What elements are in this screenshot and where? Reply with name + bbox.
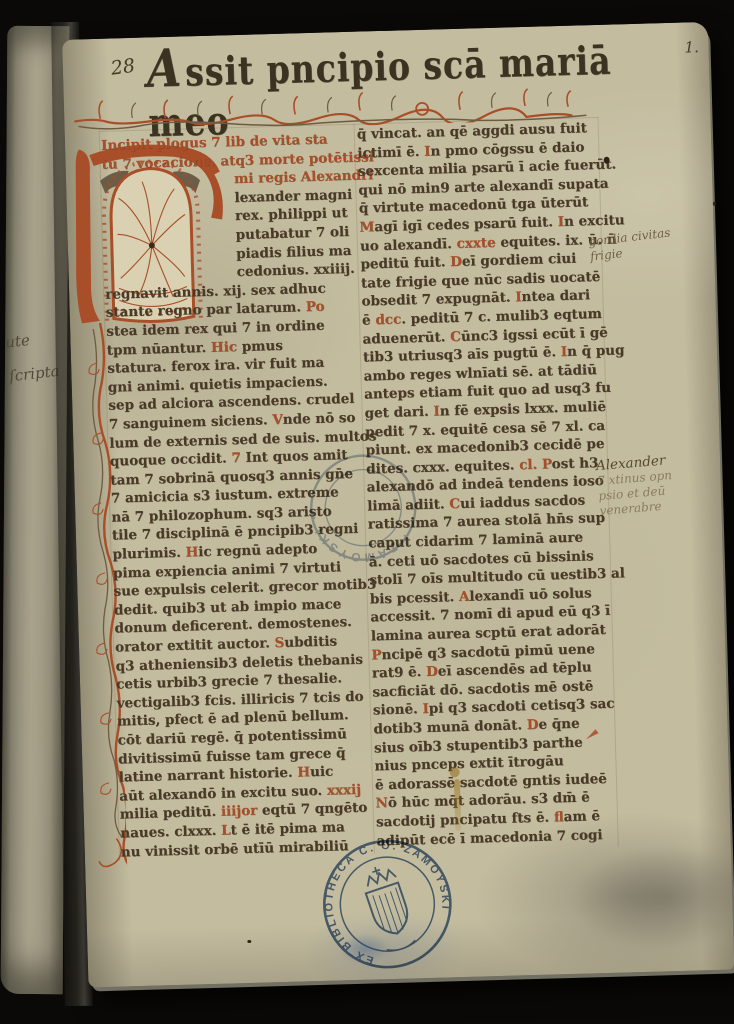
svg-text:EX BIBLIOTHECA C. O. ZAMOYSKI: EX BIBLIOTHECA C. O. ZAMOYSKI	[306, 823, 465, 976]
ink-text: ubditis	[284, 633, 337, 650]
ink-text: rex. philippi ut	[235, 205, 348, 224]
ink-text: ost h3	[551, 455, 598, 472]
rubricated-text: C	[449, 496, 460, 512]
ink-text: ē	[362, 312, 376, 328]
rubricated-text: iiijor	[221, 803, 258, 820]
ink-text: ui iaddus sacdos	[460, 492, 586, 511]
rubricated-text: mi regis Alexandri	[234, 167, 374, 187]
manuscript-text-line: cedonius. xxiiij.	[236, 260, 356, 282]
ink-speck	[713, 202, 716, 206]
ink-text: pmus	[237, 337, 283, 354]
ink-text: cedonius. xxiiij.	[236, 261, 354, 280]
ink-text: uo alexandī.	[360, 236, 457, 255]
rubricated-text: C	[450, 328, 461, 344]
ink-text: tpm nūantur.	[107, 339, 212, 358]
rubricated-text: xxxij	[327, 782, 362, 799]
ink-text: sionē.	[373, 701, 423, 718]
margin-note-alexander: Alexander7 xtinus opnpsio et deūvenerabr…	[595, 453, 675, 519]
folio-number-top-right: 1.	[684, 38, 699, 56]
rubricated-text: cxxte	[456, 234, 496, 251]
ink-text: lexander magni	[234, 187, 352, 206]
ink-text: n excitu	[564, 212, 625, 230]
stamp-text: EX BIBLIOTHECA C. O. ZAMOYSKI	[306, 823, 465, 976]
ink-text: ictimī ē.	[357, 143, 424, 161]
rubricated-text: P	[371, 647, 382, 663]
rubricated-text: D	[450, 254, 462, 270]
ink-text: aduenerūt.	[362, 329, 450, 347]
ink-text: n q̄ pug	[567, 342, 625, 360]
rubricated-text: H	[185, 544, 198, 560]
ink-text: t ē itē pima ma	[230, 819, 345, 838]
ink-text: frigie	[589, 246, 623, 264]
ink-text: putabatur 7 oli	[235, 224, 349, 243]
ink-text: ntea dari	[521, 288, 590, 306]
ink-text: ūnc3 igssi ecūt ī gē	[461, 324, 608, 344]
ink-text: 7 sanguinem siciens.	[109, 412, 273, 433]
rubricated-text: D	[426, 664, 438, 680]
rubricated-text: dcc	[375, 311, 401, 328]
margin-red-mark-icon	[585, 728, 601, 742]
rubricated-text: Po	[305, 299, 324, 316]
ink-text: peditū fuit.	[360, 254, 450, 272]
ink-text: rat9 ē.	[372, 664, 427, 682]
rubricated-text: V	[272, 412, 283, 428]
ink-text: naues. clxxx.	[120, 823, 221, 842]
ink-text: obsedit 7 expugnāt.	[361, 290, 515, 310]
rubricated-text: N	[375, 795, 388, 811]
ink-text: milia peditū.	[120, 804, 222, 823]
rubricated-text: 7	[231, 450, 241, 466]
smudge-stain	[571, 843, 734, 952]
ink-text: quoque occidit.	[110, 450, 232, 469]
ink-speck	[247, 940, 251, 943]
ink-text: eqtū 7 qngēto	[257, 800, 368, 819]
ink-text: ſcripta	[8, 362, 60, 386]
ink-text: lexandī uō solus	[469, 585, 592, 604]
ink-text: pi q3 sacdoti cetisq3 sac	[429, 696, 615, 717]
ink-text: e q̄ne	[538, 716, 580, 733]
ink-text: eī ascendēs ad tēplu	[438, 660, 592, 680]
ink-text: bis pcessit.	[370, 589, 460, 607]
ink-text: eī gordiem ciui	[462, 251, 577, 270]
folio-number-top-left: 28	[110, 55, 137, 80]
rubricated-text: cl.	[519, 456, 538, 472]
ink-text: get dari.	[364, 404, 433, 422]
library-stamp-faint: · ZAMOYSKI ·	[293, 438, 433, 578]
rubricated-text: M	[359, 219, 374, 235]
ink-text: lam ē	[563, 808, 600, 825]
ink-text: orator extitit auctor.	[115, 635, 275, 655]
ink-text: uic	[310, 764, 334, 781]
rubricated-text: D	[527, 717, 539, 733]
manuscript-photo: uteſcripta 28 Assit pncipio scā mariā me…	[0, 0, 734, 1024]
ink-text: plurimis.	[112, 545, 185, 563]
rubricated-text: H	[297, 764, 310, 780]
manuscript-page: 28 Assit pncipio scā mariā meo 1.	[62, 22, 734, 988]
rubricated-text: f	[554, 809, 564, 825]
ink-text: ute	[4, 331, 30, 352]
ink-text: n fē expsis lxxx. muliē	[440, 399, 607, 420]
rubricated-text: A	[459, 589, 470, 605]
rubricated-text: Hic	[211, 339, 238, 356]
ink-text: nde nō so	[283, 410, 356, 428]
ink-text: piadis filius ma	[236, 242, 352, 261]
ink-text: dotib3 munā donāt.	[373, 717, 527, 737]
stamp-shield-icon	[359, 862, 419, 954]
rubricated-text: P	[542, 456, 552, 472]
